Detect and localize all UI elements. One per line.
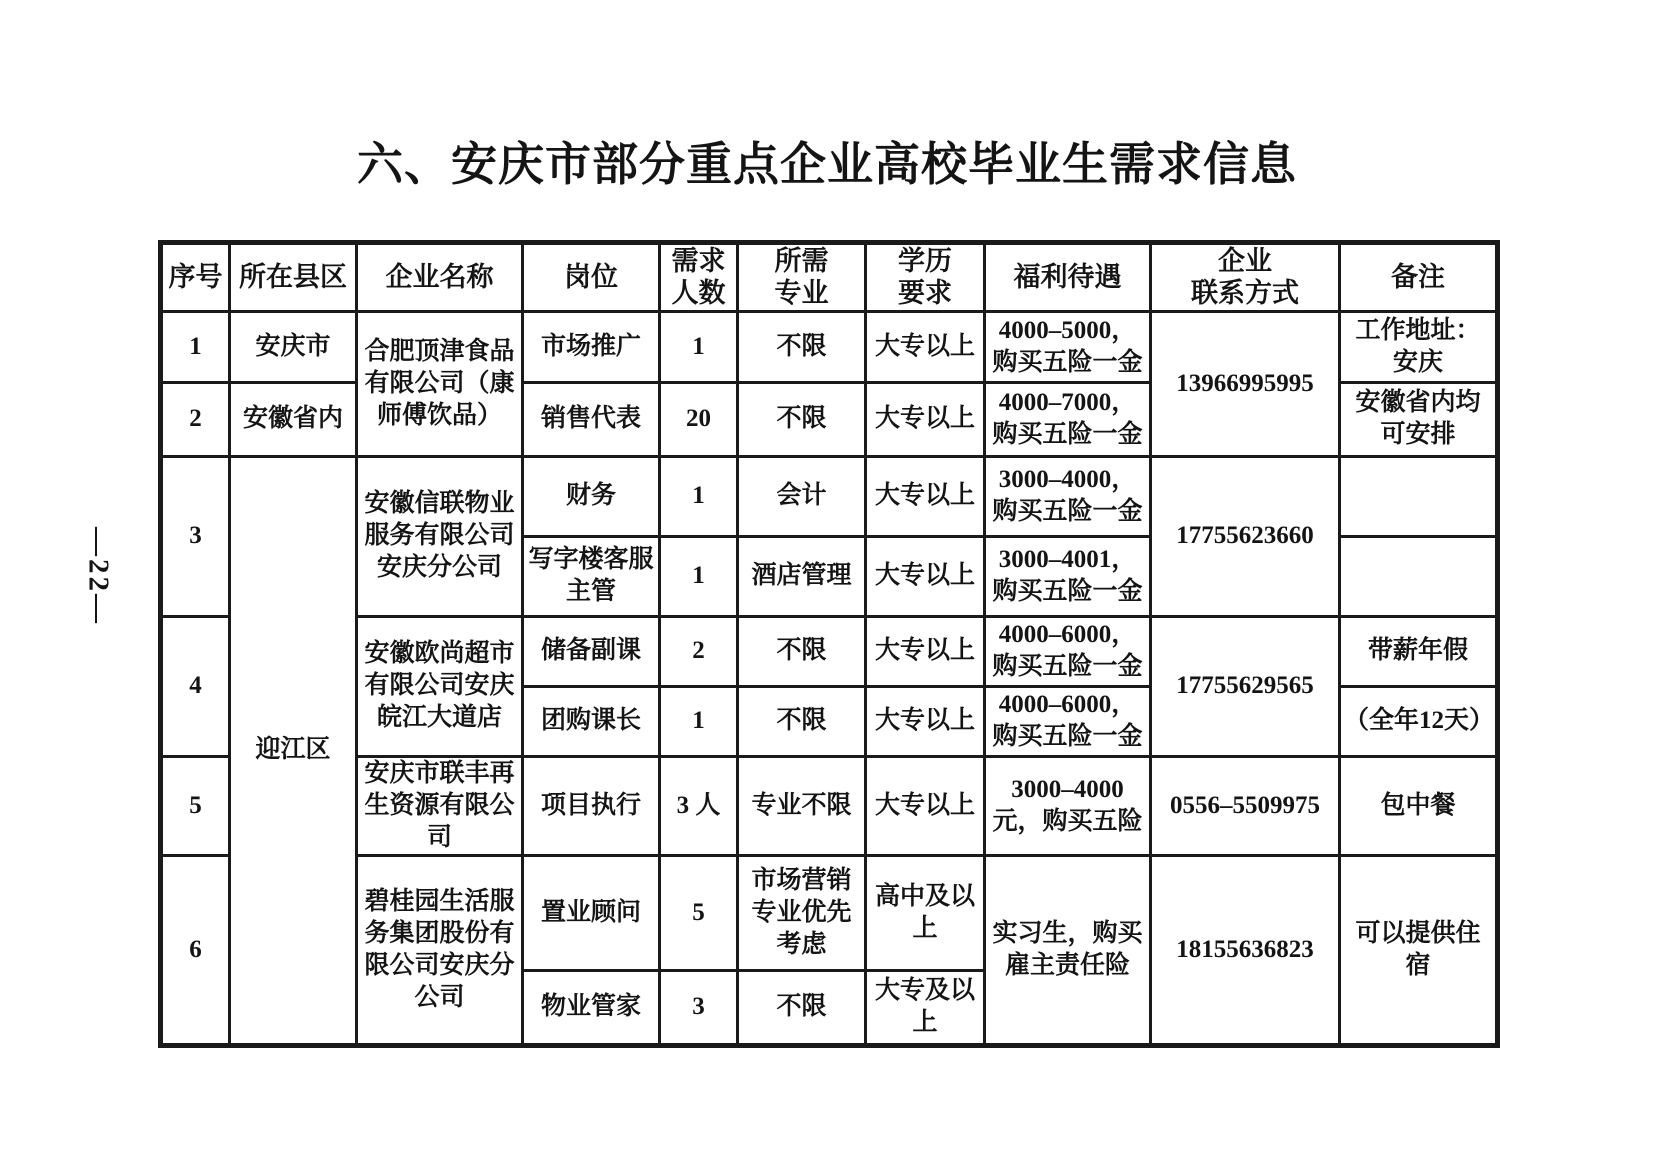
notes-cell: 可以提供住宿	[1340, 855, 1498, 1045]
notes-cell	[1340, 456, 1498, 536]
page-title: 六、安庆市部分重点企业高校毕业生需求信息	[0, 128, 1654, 194]
header-benefits: 福利待遇	[985, 243, 1151, 312]
header-headcount: 需求 人数	[660, 243, 738, 312]
benefits-cell: 4000–5000，购买五险一金	[985, 311, 1151, 382]
notes-cell: 带薪年假	[1340, 616, 1498, 686]
position-cell: 写字楼客服主管	[523, 536, 660, 616]
position-cell: 物业管家	[523, 970, 660, 1045]
major-cell: 不限	[738, 970, 866, 1045]
company-cell: 安徽信联物业服务有限公司安庆分公司	[357, 456, 523, 616]
major-cell: 酒店管理	[738, 536, 866, 616]
benefits-cell: 4000–6000，购买五险一金	[985, 686, 1151, 756]
index-cell: 2	[161, 382, 230, 456]
document-page: —22— 六、安庆市部分重点企业高校毕业生需求信息 序号 所在县区 企业名称 岗…	[0, 0, 1654, 1166]
benefits-cell: 3000–4001，购买五险一金	[985, 536, 1151, 616]
position-cell: 置业顾问	[523, 855, 660, 970]
table-row: 4 安徽欧尚超市有限公司安庆皖江大道店 储备副课 2 不限 大专以上 4000–…	[161, 616, 1498, 686]
company-cell: 合肥顶津食品有限公司（康师傅饮品）	[357, 311, 523, 456]
header-position: 岗位	[523, 243, 660, 312]
notes-cell: 安徽省内均可安排	[1340, 382, 1498, 456]
benefits-cell: 3000–4000 元，购买五险	[985, 756, 1151, 855]
major-cell: 市场营销专业优先考虑	[738, 855, 866, 970]
notes-cell: 包中餐	[1340, 756, 1498, 855]
table-row: 3 迎江区 安徽信联物业服务有限公司安庆分公司 财务 1 会计 大专以上 300…	[161, 456, 1498, 536]
header-row: 序号 所在县区 企业名称 岗位 需求 人数 所需 专业 学历 要求 福利待遇 企…	[161, 243, 1498, 312]
benefits-cell: 4000–6000，购买五险一金	[985, 616, 1151, 686]
table-row: 5 安庆市联丰再生资源有限公司 项目执行 3 人 专业不限 大专以上 3000–…	[161, 756, 1498, 855]
district-cell: 安庆市	[230, 311, 357, 382]
index-cell: 3	[161, 456, 230, 616]
education-cell: 高中及以上	[866, 855, 985, 970]
education-cell: 大专以上	[866, 311, 985, 382]
header-company: 企业名称	[357, 243, 523, 312]
contact-cell: 18155636823	[1151, 855, 1340, 1045]
contact-cell: 17755623660	[1151, 456, 1340, 616]
table-row: 1 安庆市 合肥顶津食品有限公司（康师傅饮品） 市场推广 1 不限 大专以上 4…	[161, 311, 1498, 382]
index-cell: 4	[161, 616, 230, 756]
notes-cell	[1340, 536, 1498, 616]
headcount-cell: 5	[660, 855, 738, 970]
company-cell: 安庆市联丰再生资源有限公司	[357, 756, 523, 855]
contact-cell: 13966995995	[1151, 311, 1340, 456]
position-cell: 财务	[523, 456, 660, 536]
education-cell: 大专以上	[866, 456, 985, 536]
education-cell: 大专以上	[866, 382, 985, 456]
benefits-cell: 实习生，购买雇主责任险	[985, 855, 1151, 1045]
education-cell: 大专以上	[866, 756, 985, 855]
company-cell: 安徽欧尚超市有限公司安庆皖江大道店	[357, 616, 523, 756]
index-cell: 6	[161, 855, 230, 1045]
position-cell: 储备副课	[523, 616, 660, 686]
position-cell: 销售代表	[523, 382, 660, 456]
benefits-cell: 3000–4000，购买五险一金	[985, 456, 1151, 536]
header-notes: 备注	[1340, 243, 1498, 312]
major-cell: 不限	[738, 686, 866, 756]
position-cell: 团购课长	[523, 686, 660, 756]
headcount-cell: 3 人	[660, 756, 738, 855]
notes-cell: （全年12天）	[1340, 686, 1498, 756]
notes-cell: 工作地址：安庆	[1340, 311, 1498, 382]
headcount-cell: 1	[660, 311, 738, 382]
page-number: —22—	[82, 517, 115, 637]
position-cell: 市场推广	[523, 311, 660, 382]
district-cell: 安徽省内	[230, 382, 357, 456]
header-major: 所需 专业	[738, 243, 866, 312]
headcount-cell: 20	[660, 382, 738, 456]
education-cell: 大专以上	[866, 686, 985, 756]
header-district: 所在县区	[230, 243, 357, 312]
major-cell: 专业不限	[738, 756, 866, 855]
major-cell: 不限	[738, 616, 866, 686]
headcount-cell: 2	[660, 616, 738, 686]
education-cell: 大专及以上	[866, 970, 985, 1045]
contact-cell: 0556–5509975	[1151, 756, 1340, 855]
headcount-cell: 1	[660, 456, 738, 536]
headcount-cell: 1	[660, 536, 738, 616]
table-row: 6 碧桂园生活服务集团股份有限公司安庆分公司 置业顾问 5 市场营销专业优先考虑…	[161, 855, 1498, 970]
index-cell: 1	[161, 311, 230, 382]
header-index: 序号	[161, 243, 230, 312]
headcount-cell: 3	[660, 970, 738, 1045]
index-cell: 5	[161, 756, 230, 855]
education-cell: 大专以上	[866, 616, 985, 686]
benefits-cell: 4000–7000，购买五险一金	[985, 382, 1151, 456]
company-cell: 碧桂园生活服务集团股份有限公司安庆分公司	[357, 855, 523, 1045]
major-cell: 不限	[738, 382, 866, 456]
contact-cell: 17755629565	[1151, 616, 1340, 756]
jobs-table: 序号 所在县区 企业名称 岗位 需求 人数 所需 专业 学历 要求 福利待遇 企…	[158, 240, 1500, 1048]
position-cell: 项目执行	[523, 756, 660, 855]
education-cell: 大专以上	[866, 536, 985, 616]
major-cell: 会计	[738, 456, 866, 536]
header-education: 学历 要求	[866, 243, 985, 312]
header-contact: 企业 联系方式	[1151, 243, 1340, 312]
district-cell: 迎江区	[230, 456, 357, 1045]
headcount-cell: 1	[660, 686, 738, 756]
major-cell: 不限	[738, 311, 866, 382]
